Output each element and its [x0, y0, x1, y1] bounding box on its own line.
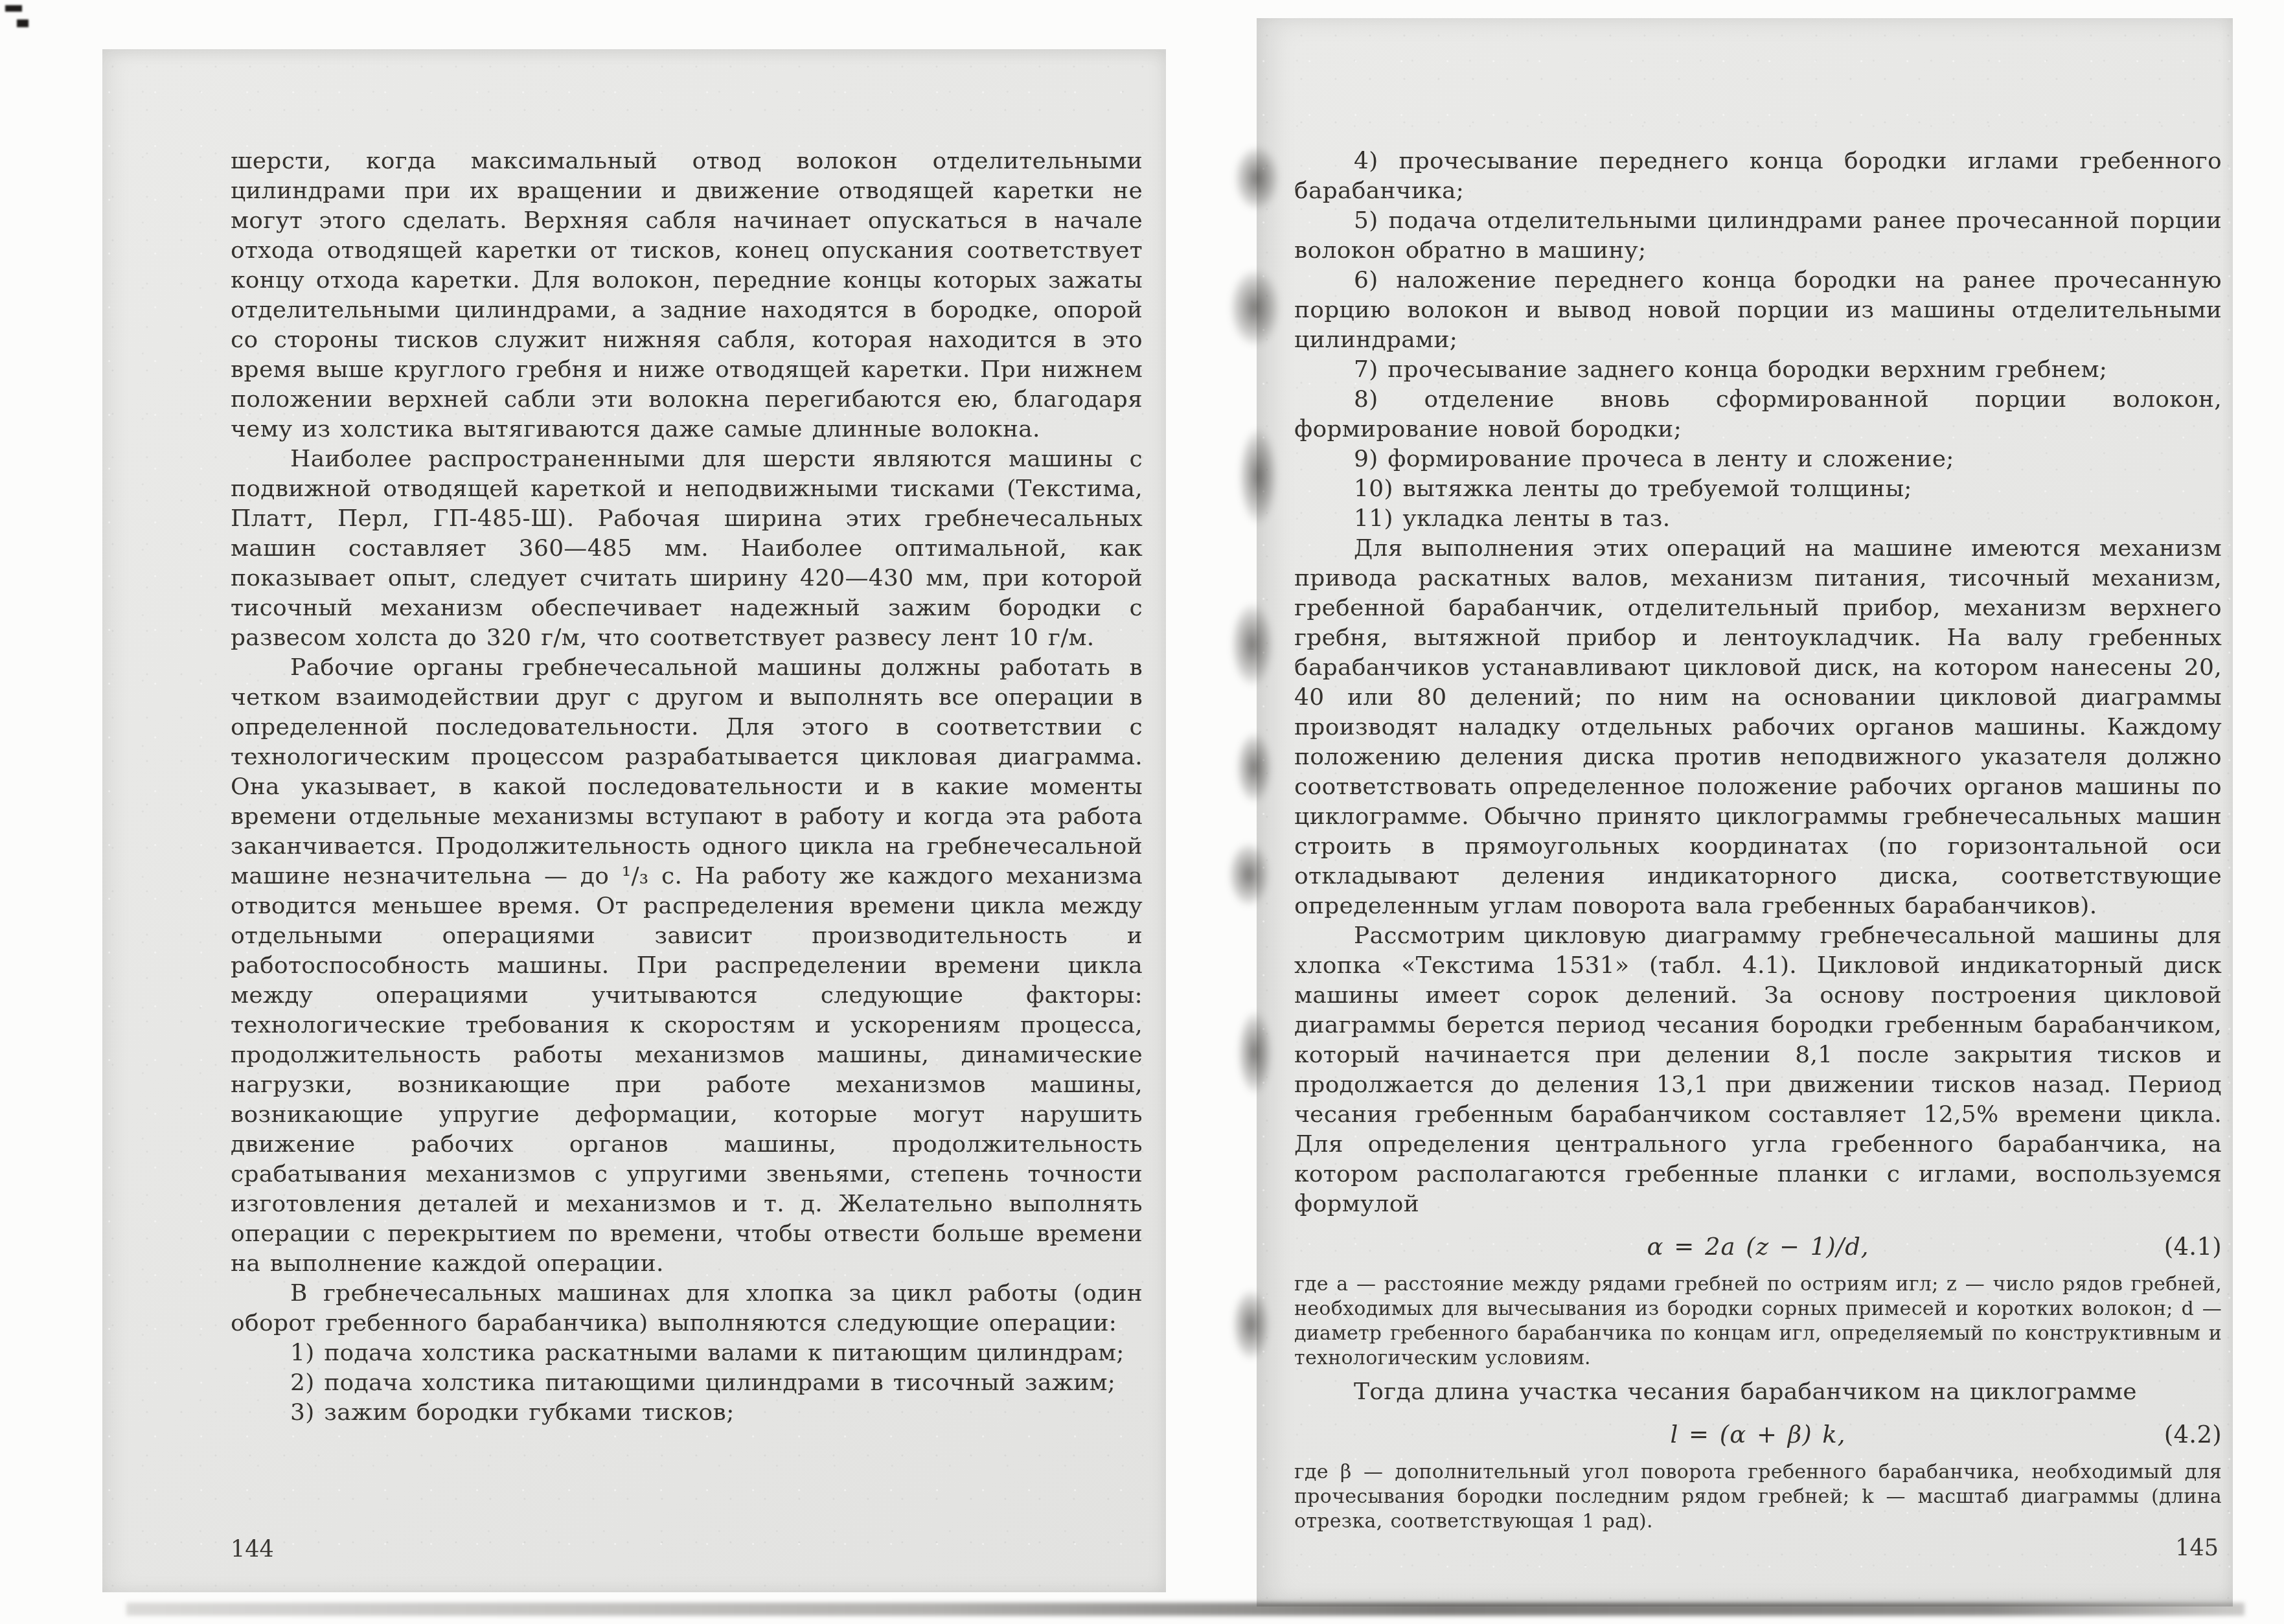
right-text-column: 4) прочесывание переднего конца бородки …: [1294, 146, 2222, 1534]
paragraph: шерсти, когда максимальный отвод волокон…: [231, 146, 1143, 444]
left-text-column: шерсти, когда максимальный отвод волокон…: [231, 146, 1143, 1428]
equation-expression: α = 2a (z − 1)/d,: [1647, 1233, 1869, 1261]
equation-number: (4.2): [2164, 1420, 2222, 1450]
list-item-2: 2) подача холстика питающими цилиндрами …: [231, 1368, 1143, 1398]
list-item-4: 4) прочесывание переднего конца бородки …: [1294, 146, 2222, 206]
paragraph: Для выполнения этих операций на машине и…: [1294, 534, 2222, 921]
page-right: 4) прочесывание переднего конца бородки …: [1257, 18, 2233, 1607]
paragraph: В гребнечесальных машинах для хлопка за …: [231, 1279, 1143, 1338]
list-item-10: 10) вытяжка ленты до требуемой толщины;: [1294, 474, 2222, 504]
paragraph: Тогда длина участка чесания барабанчиком…: [1294, 1377, 2222, 1407]
equation-expression: l = (α + β) k,: [1670, 1421, 1845, 1448]
paragraph: Рассмотрим цикловую диаграмму гребнечеса…: [1294, 921, 2222, 1219]
equation-number: (4.1): [2164, 1232, 2222, 1262]
book-scan-spread: шерсти, когда максимальный отвод волокон…: [0, 0, 2284, 1624]
list-item-5: 5) подача отделительными цилиндрами ране…: [1294, 206, 2222, 266]
list-item-1: 1) подача холстика раскатными валами к п…: [231, 1338, 1143, 1368]
scan-speck: [5, 5, 22, 12]
page-left: шерсти, когда максимальный отвод волокон…: [102, 49, 1166, 1592]
equation-4-2: l = (α + β) k, (4.2): [1294, 1420, 2222, 1450]
list-item-11: 11) укладка ленты в таз.: [1294, 504, 2222, 534]
equation-note: где β — дополнительный угол поворота гре…: [1294, 1460, 2222, 1534]
list-item-9: 9) формирование прочеса в ленту и сложен…: [1294, 444, 2222, 474]
scan-speck: [17, 19, 29, 27]
paragraph: Наиболее распространенными для шерсти яв…: [231, 444, 1143, 653]
equation-note: где a — расстояние между рядами гребней …: [1294, 1272, 2222, 1371]
list-item-6: 6) наложение переднего конца бородки на …: [1294, 266, 2222, 355]
list-item-7: 7) прочесывание заднего конца бородки ве…: [1294, 355, 2222, 385]
list-item-3: 3) зажим бородки губками тисков;: [231, 1398, 1143, 1428]
page-number-right: 145: [2175, 1535, 2219, 1561]
equation-4-1: α = 2a (z − 1)/d, (4.1): [1294, 1232, 2222, 1262]
paragraph: Рабочие органы гребнечесальной машины до…: [231, 653, 1143, 1279]
list-item-8: 8) отделение вновь сформированной порции…: [1294, 385, 2222, 444]
page-number-left: 144: [231, 1537, 274, 1562]
